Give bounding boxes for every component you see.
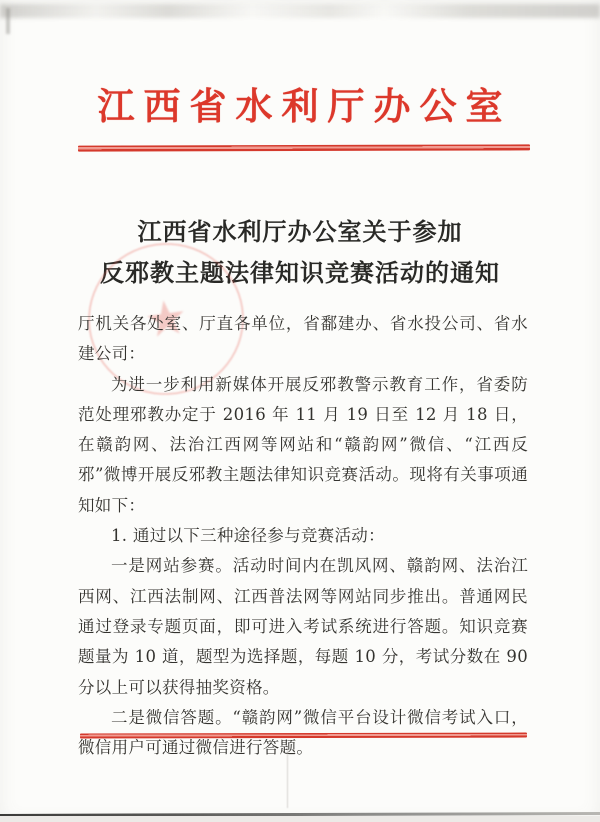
letterhead-rule: [78, 144, 530, 151]
body-paragraph: 一是网站参赛。活动时间内在凯风网、赣韵网、法治江西网、江西法制网、江西普法网等网…: [78, 551, 528, 702]
scan-background-below-page: [0, 816, 600, 822]
body-paragraph: 1. 通过以下三种途径参与竞赛活动：: [78, 521, 528, 551]
salutation-line: 厅机关各处室、厅直各单位，省鄱建办、省水投公司、省水建公司：: [78, 309, 528, 370]
notice-title: 江西省水利厅办公室关于参加 反邪教主题法律知识竞赛活动的通知: [0, 211, 600, 293]
letterhead-org-name: 江西省水利厅办公室: [0, 76, 600, 130]
footer-rule: [80, 733, 527, 739]
notice-body: 厅机关各处室、厅直各单位，省鄱建办、省水投公司、省水建公司： 为进一步利用新媒体…: [78, 309, 528, 763]
scan-smudge-top: [0, 4, 600, 18]
scan-artifact-left: [6, 8, 10, 34]
fold-crease: [287, 746, 288, 808]
body-paragraph: 为进一步利用新媒体开展反邪教警示教育工作，省委防范处理邪教办定于 2016 年 …: [78, 370, 528, 521]
document-page: 江西省水利厅办公室 江西省水利厅办公室关于参加 反邪教主题法律知识竞赛活动的通知…: [0, 0, 600, 822]
notice-title-line1: 江西省水利厅办公室关于参加: [0, 211, 600, 252]
notice-title-line2: 反邪教主题法律知识竞赛活动的通知: [0, 252, 600, 293]
